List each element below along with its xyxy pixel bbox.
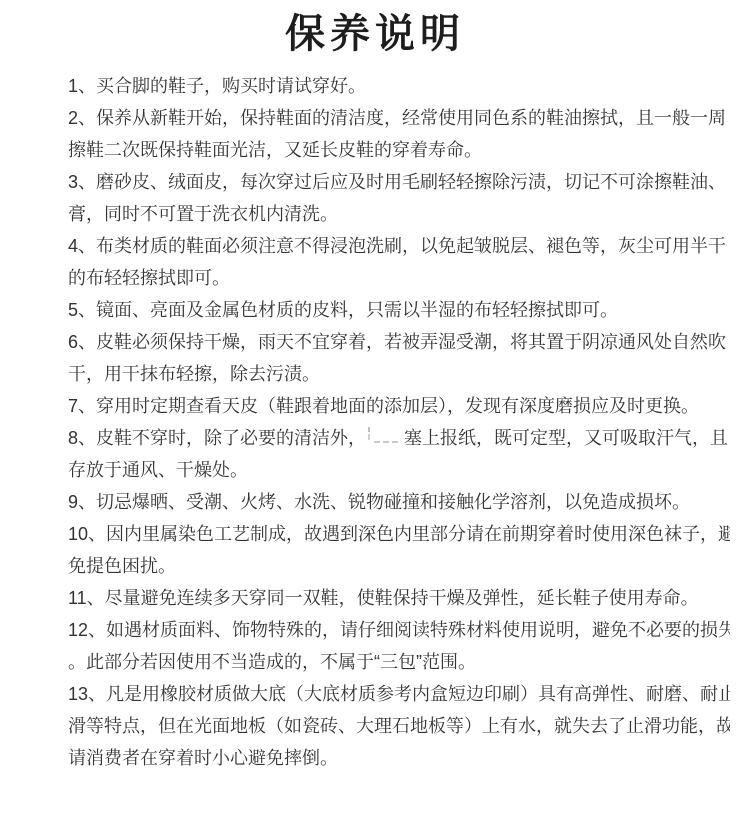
- care-item: 11、尽量避免连续多天穿同一双鞋，使鞋保持干燥及弹性，延长鞋子使用寿命。: [68, 582, 730, 614]
- care-item: 2、保养从新鞋开始，保持鞋面的清洁度，经常使用同色系的鞋油擦拭，且一般一周擦鞋二…: [68, 102, 730, 166]
- care-item-line: 13、凡是用橡胶材质做大底（大底材质参考内盒短边印刷）具有高弹性、耐磨、耐止: [68, 678, 730, 710]
- care-item-line: 3、磨砂皮、绒面皮，每次穿过后应及时用毛刷轻轻擦除污渍，切记不可涂擦鞋油、: [68, 166, 730, 198]
- care-item-text: 塞上报纸，既可定型，又可吸取汗气，且: [404, 428, 728, 448]
- care-item-line: 。此部分若因使用不当造成的，不属于“三包”范围。: [68, 646, 730, 678]
- care-item-line: 11、尽量避免连续多天穿同一双鞋，使鞋保持干燥及弹性，延长鞋子使用寿命。: [68, 582, 730, 614]
- care-item-line: 干，用干抹布轻擦，除去污渍。: [68, 358, 730, 390]
- care-item-text: 8、皮鞋不穿时，除了必要的清洁外，: [68, 428, 366, 448]
- care-item-line: 7、穿用时定期查看天皮（鞋跟着地面的添加层），发现有深度磨损应及时更换。: [68, 390, 730, 422]
- care-item-line: 请消费者在穿着时小心避免摔倒。: [68, 742, 730, 774]
- care-item-line: 擦鞋二次既保持鞋面光洁，又延长皮鞋的穿着寿命。: [68, 134, 730, 166]
- care-item-line: 9、切忌爆晒、受潮、火烤、水洗、锐物碰撞和接触化学溶剂，以免造成损坏。: [68, 486, 730, 518]
- care-item: 12、如遇材质面料、饰物特殊的，请仔细阅读特殊材料使用说明，避免不必要的损失。此…: [68, 614, 730, 678]
- care-instructions-list: 1、买合脚的鞋子，购买时请试穿好。2、保养从新鞋开始，保持鞋面的清洁度，经常使用…: [0, 70, 750, 774]
- care-item: 6、皮鞋必须保持干燥，雨天不宜穿着，若被弄湿受潮，将其置于阴凉通风处自然吹干，用…: [68, 326, 730, 390]
- page-title: 保养说明: [0, 8, 750, 60]
- care-item: 10、因内里属染色工艺制成，故遇到深色内里部分请在前期穿着时使用深色袜子，避免提…: [68, 518, 730, 582]
- care-item: 3、磨砂皮、绒面皮，每次穿过后应及时用毛刷轻轻擦除污渍，切记不可涂擦鞋油、膏，同…: [68, 166, 730, 230]
- care-item-line: 的布轻轻擦拭即可。: [68, 262, 730, 294]
- care-item-line: 1、买合脚的鞋子，购买时请试穿好。: [68, 70, 730, 102]
- care-item-line: 12、如遇材质面料、饰物特殊的，请仔细阅读特殊材料使用说明，避免不必要的损失: [68, 614, 730, 646]
- care-item-line: 6、皮鞋必须保持干燥，雨天不宜穿着，若被弄湿受潮，将其置于阴凉通风处自然吹: [68, 326, 730, 358]
- care-instructions-page: 保养说明 1、买合脚的鞋子，购买时请试穿好。2、保养从新鞋开始，保持鞋面的清洁度…: [0, 0, 750, 823]
- care-item-line: 膏，同时不可置于洗衣机内清洗。: [68, 198, 730, 230]
- care-item-line: 滑等特点，但在光面地板（如瓷砖、大理石地板等）上有水，就失去了止滑功能，故: [68, 710, 730, 742]
- care-item: 7、穿用时定期查看天皮（鞋跟着地面的添加层），发现有深度磨损应及时更换。: [68, 390, 730, 422]
- care-item-line: 免提色困扰。: [68, 550, 730, 582]
- erased-text-smudge: [366, 426, 404, 444]
- care-item-line: 5、镜面、亮面及金属色材质的皮料，只需以半湿的布轻轻擦拭即可。: [68, 294, 730, 326]
- care-item-line: 2、保养从新鞋开始，保持鞋面的清洁度，经常使用同色系的鞋油擦拭，且一般一周: [68, 102, 730, 134]
- care-item-line: 8、皮鞋不穿时，除了必要的清洁外，塞上报纸，既可定型，又可吸取汗气，且: [68, 422, 730, 454]
- care-item-line: 4、布类材质的鞋面必须注意不得浸泡洗刷，以免起皱脱层、褪色等，灰尘可用半干: [68, 230, 730, 262]
- care-item: 8、皮鞋不穿时，除了必要的清洁外，塞上报纸，既可定型，又可吸取汗气，且存放于通风…: [68, 422, 730, 486]
- care-item-line: 存放于通风、干燥处。: [68, 454, 730, 486]
- care-item: 1、买合脚的鞋子，购买时请试穿好。: [68, 70, 730, 102]
- care-item: 4、布类材质的鞋面必须注意不得浸泡洗刷，以免起皱脱层、褪色等，灰尘可用半干的布轻…: [68, 230, 730, 294]
- care-item: 9、切忌爆晒、受潮、火烤、水洗、锐物碰撞和接触化学溶剂，以免造成损坏。: [68, 486, 730, 518]
- care-item-line: 10、因内里属染色工艺制成，故遇到深色内里部分请在前期穿着时使用深色袜子，避: [68, 518, 730, 550]
- care-item: 13、凡是用橡胶材质做大底（大底材质参考内盒短边印刷）具有高弹性、耐磨、耐止滑等…: [68, 678, 730, 774]
- care-item: 5、镜面、亮面及金属色材质的皮料，只需以半湿的布轻轻擦拭即可。: [68, 294, 730, 326]
